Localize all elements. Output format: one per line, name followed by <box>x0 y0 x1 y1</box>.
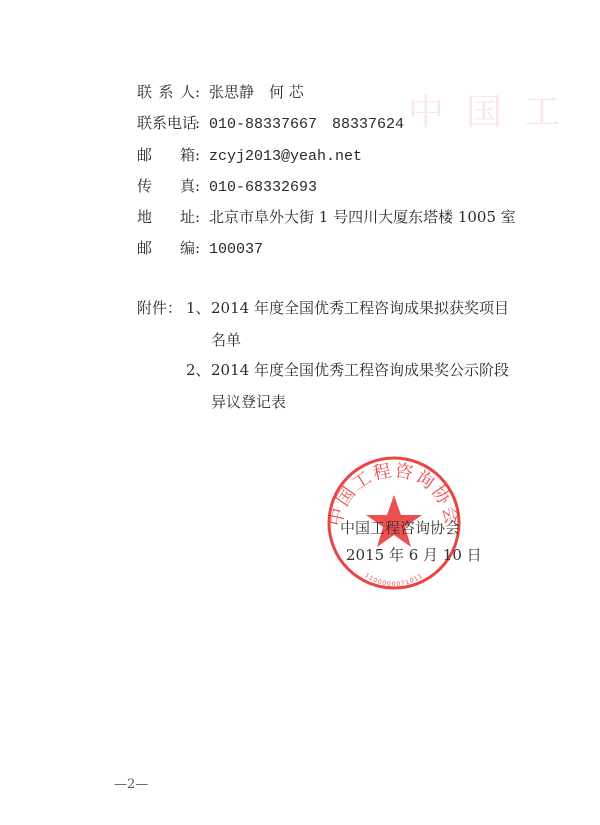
contact-value: 010-68332693 <box>209 179 317 196</box>
contact-label: 邮箱 <box>137 145 195 165</box>
signature-date: 2015 年 6 月 10 日 <box>346 544 482 565</box>
contact-value: 张思静 何 芯 <box>209 83 304 101</box>
contact-label: 联系电话 <box>137 113 195 133</box>
contact-value: 010-88337667 88337624 <box>209 116 404 133</box>
contact-label: 联系人 <box>137 82 195 102</box>
contact-value: 北京市阜外大街 1 号四川大厦东塔楼 1005 室 <box>209 208 516 226</box>
contact-label: 邮编 <box>137 238 195 258</box>
contact-row-person: 联系人:张思静 何 芯 <box>137 82 304 102</box>
attachment-title: 2014 年度全国优秀工程咨询成果拟获奖项目 <box>211 298 509 318</box>
contact-value: 100037 <box>209 241 263 258</box>
contact-row-phone: 联系电话:010-88337667 88337624 <box>137 113 404 133</box>
contact-row-fax: 传真:010-68332693 <box>137 176 317 196</box>
attachment-title-cont: 名单 <box>211 330 241 350</box>
attachment-title-cont: 异议登记表 <box>211 392 286 412</box>
attachment-title: 2014 年度全国优秀工程咨询成果奖公示阶段 <box>211 360 509 380</box>
attachment-number: 2、 <box>186 360 211 380</box>
page-number: —2— <box>114 777 148 792</box>
contact-label: 地址 <box>137 207 195 227</box>
signature-organization: 中国工程咨询协会 <box>340 517 460 538</box>
attachment-number: 1、 <box>186 298 211 318</box>
watermark-text: 中国工 <box>408 84 582 135</box>
email-link[interactable]: zcyj2013@yeah.net <box>209 148 362 165</box>
attachments-label: 附件： <box>137 298 182 318</box>
contact-row-postcode: 邮编:100037 <box>137 238 263 258</box>
contact-row-address: 地址:北京市阜外大街 1 号四川大厦东塔楼 1005 室 <box>137 207 516 227</box>
contact-label: 传真 <box>137 176 195 196</box>
contact-row-email: 邮箱:zcyj2013@yeah.net <box>137 145 362 165</box>
